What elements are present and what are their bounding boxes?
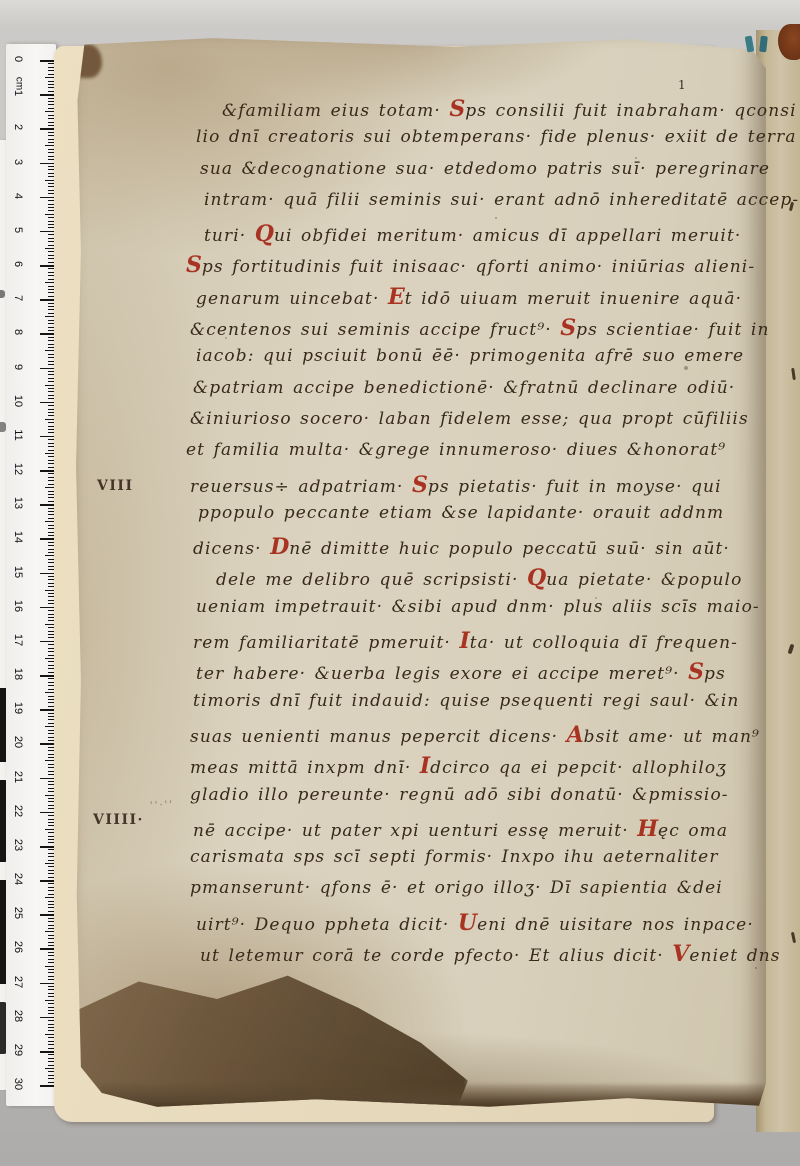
ruler-number: 0 xyxy=(12,49,24,69)
ink-text: timoris dnī fuit indauid: quise psequent… xyxy=(193,691,739,711)
ruler-tick xyxy=(40,675,54,677)
ruler-number: 9 xyxy=(12,357,24,377)
ruler-tick xyxy=(40,94,54,96)
ink-text: ps xyxy=(704,664,726,684)
margin-numeral-viiii: VIIII· xyxy=(93,812,144,828)
ruler-tick xyxy=(45,795,54,796)
ruler-tick xyxy=(40,504,54,506)
ruler-tick xyxy=(45,624,54,625)
ruler-tick xyxy=(40,1051,54,1053)
ruler-tick xyxy=(45,1068,54,1069)
ruler-number: 7 xyxy=(12,288,24,308)
ruler-tick xyxy=(45,555,54,556)
ruler-unit-label: cm xyxy=(14,74,25,94)
ink-text: intram· quā filii seminis sui· erant adn… xyxy=(204,190,799,210)
ruler-number: 6 xyxy=(12,254,24,274)
ink-text: eniet dns xyxy=(689,946,780,966)
ruler-tick xyxy=(45,863,54,864)
ruler-tick xyxy=(45,829,54,830)
rubric-initial: H xyxy=(637,816,658,842)
text-line-9: iacob: qui psciuit bonū ēē· primogenita … xyxy=(196,346,790,377)
ruler-number: 21 xyxy=(12,767,24,787)
rubric-initial: S xyxy=(688,659,704,685)
text-line-8: &centenos sui seminis accipe fruct⁹· Sps… xyxy=(190,315,790,346)
ruler-scale: 0123456789101112131415161718192021222324… xyxy=(6,44,56,1106)
ruler-tick xyxy=(40,299,54,301)
ruler-tick xyxy=(45,931,54,932)
ink-text: gladio illo pereunte· regnū adō sibi don… xyxy=(190,785,729,805)
rubric-initial: D xyxy=(270,534,289,560)
text-line-26: pmanserunt· qfons ē· et origo illoʒ· Dī … xyxy=(190,878,790,909)
ruler-tick xyxy=(40,163,54,165)
ink-text: turi· xyxy=(204,226,255,246)
rubric-initial: Q xyxy=(255,221,274,247)
ink-text: &iniurioso socero· laban fidelem esse; q… xyxy=(190,409,749,429)
ruler-tick xyxy=(40,607,54,609)
ruler-tick xyxy=(40,197,54,199)
text-line-15: dicens· Dnē dimitte huic populo peccatū … xyxy=(193,534,790,565)
ruler-tick xyxy=(45,1034,54,1035)
ruler-tick xyxy=(45,692,54,693)
ruler-number: 5 xyxy=(12,220,24,240)
ruler-tick xyxy=(40,743,54,745)
ruler-tick xyxy=(45,726,54,727)
text-line-11: &iniurioso socero· laban fidelem esse; q… xyxy=(190,409,790,440)
ruler-number: 11 xyxy=(12,425,24,445)
ruler-tick xyxy=(45,385,54,386)
text-line-21: suas uenienti manus pepercit dicens· Abs… xyxy=(190,722,790,753)
parchment-freckles xyxy=(74,36,78,40)
ruler-tick xyxy=(45,180,54,181)
ruler-tick xyxy=(40,880,54,882)
ink-text: ui obfidei meritum· amicus dī appellari … xyxy=(274,226,741,246)
ruler-number: 29 xyxy=(12,1040,24,1060)
ruler-tick xyxy=(40,573,54,575)
text-line-7: genarum uincebat· Et idō uiuam meruit in… xyxy=(196,284,790,315)
rubric-initial: S xyxy=(412,472,428,498)
ruler-number: 3 xyxy=(12,152,24,172)
ruler-tick xyxy=(40,436,54,438)
text-line-19: ter habere· &uerba legis exore ei accipe… xyxy=(196,659,790,690)
ink-text: dcirco qa ei pepcit· allophiloʒ xyxy=(430,758,727,778)
rubric-initial: E xyxy=(388,284,405,310)
ink-text: uirt⁹· Dequo ppheta dicit· xyxy=(196,915,458,935)
ruler-tick xyxy=(45,760,54,761)
ink-text: carismata sps scī septi formis· Inxpo ih… xyxy=(190,847,719,867)
ruler-number: 2 xyxy=(12,117,24,137)
ink-text: ter habere· &uerba legis exore ei accipe… xyxy=(196,664,688,684)
ink-text: dele me delibro quē scripsisti· xyxy=(216,570,527,590)
text-line-20: timoris dnī fuit indauid: quise psequent… xyxy=(193,691,790,722)
text-line-3: sua &decognatione sua· etdedomo patris s… xyxy=(200,159,790,190)
ruler-number: 13 xyxy=(12,493,24,513)
ruler-tick xyxy=(40,60,54,62)
ruler-tick xyxy=(45,658,54,659)
text-line-1: &familiam eius totam· Sps consilii fuit … xyxy=(222,96,790,127)
backdrop-top-strip xyxy=(0,0,800,26)
text-line-22: meas mittā inxpm dnī· Idcirco qa ei pepc… xyxy=(190,753,790,784)
text-block: &familiam eius totam· Sps consilii fuit … xyxy=(190,96,790,972)
ruler-tick xyxy=(45,453,54,454)
ink-text: ps scientiae· fuit in xyxy=(576,320,769,340)
ruler-tick xyxy=(45,419,54,420)
ruler-number: 26 xyxy=(12,937,24,957)
text-line-28: ut letemur corā te corde pfecto· Et aliu… xyxy=(200,941,790,972)
ruler-tick xyxy=(45,214,54,215)
facing-page-ink-fleck xyxy=(791,932,796,943)
text-line-16: dele me delibro quē scripsisti· Qua piet… xyxy=(216,565,790,596)
text-line-4: intram· quā filii seminis sui· erant adn… xyxy=(204,190,790,221)
ruler-tick xyxy=(40,709,54,711)
ruler-number: 25 xyxy=(12,903,24,923)
ruler-tick xyxy=(40,368,54,370)
text-line-13: reuersus÷ adpatriam· Sps pietatis· fuit … xyxy=(190,472,790,503)
ruler-tick xyxy=(40,333,54,335)
facing-page-ink-fleck xyxy=(791,368,796,380)
ruler-tick xyxy=(45,248,54,249)
ruler-number: 15 xyxy=(12,562,24,582)
ink-text: &familiam eius totam· xyxy=(222,101,449,121)
ink-text: nē dimitte huic populo peccatū suū· sin … xyxy=(289,539,730,559)
ink-text: lio dnī creatoris sui obtemperans· fide … xyxy=(196,127,797,147)
ruler-number: 30 xyxy=(12,1074,24,1094)
ruler-tick xyxy=(45,590,54,591)
ink-text: t idō uiuam meruit inuenire aquā· xyxy=(405,289,742,309)
ink-text: ps consilii fuit inabraham· qconsi xyxy=(465,101,796,121)
margin-numeral-viii: VIII xyxy=(97,478,134,494)
ruler-number: 19 xyxy=(12,698,24,718)
cropped-label-glyph xyxy=(0,290,5,298)
ink-text: ęc oma xyxy=(658,821,728,841)
ink-text: sua &decognatione sua· etdedomo patris s… xyxy=(200,159,770,179)
ruler-number: 18 xyxy=(12,664,24,684)
ruler-tick xyxy=(40,641,54,643)
ruler-tick xyxy=(40,231,54,233)
ruler-number: 17 xyxy=(12,630,24,650)
ink-text: eni dnē uisitare nos inpace· xyxy=(477,915,754,935)
text-line-18: rem familiaritatē pmeruit· Ita· ut collo… xyxy=(193,628,790,659)
ruler-tick xyxy=(40,1085,54,1087)
ruler-tick xyxy=(45,145,54,146)
ruler-tick xyxy=(45,521,54,522)
ink-text: ppopulo peccante etiam &se lapidante· or… xyxy=(198,503,724,523)
photo-backdrop: 0123456789101112131415161718192021222324… xyxy=(0,0,800,1166)
ruler-tick xyxy=(40,470,54,472)
text-line-25: carismata sps scī septi formis· Inxpo ih… xyxy=(190,847,790,878)
ruler-number: 12 xyxy=(12,459,24,479)
ink-text: rem familiaritatē pmeruit· xyxy=(193,633,459,653)
ruler-tick xyxy=(45,282,54,283)
rubric-initial: S xyxy=(186,252,202,278)
rubric-initial: S xyxy=(560,315,576,341)
ruler-number: 24 xyxy=(12,869,24,889)
ruler-tick xyxy=(45,966,54,967)
ink-text: ueniam impetrauit· &sibi apud dnm· plus … xyxy=(196,597,760,617)
ruler-tick xyxy=(45,316,54,317)
bookmark-tab xyxy=(745,36,755,53)
ruler-tick xyxy=(40,402,54,404)
ruler-number: 4 xyxy=(12,186,24,206)
ruler-tick xyxy=(40,983,54,985)
rubric-initial: I xyxy=(459,628,469,654)
ruler-tick xyxy=(40,914,54,916)
ink-text: &patriam accipe benedictionē· &fratnū de… xyxy=(193,378,735,398)
ruler-number: 23 xyxy=(12,835,24,855)
rubric-initial: S xyxy=(449,96,465,122)
ruler-number: 8 xyxy=(12,322,24,342)
ruler-tick xyxy=(40,265,54,267)
ink-text: pmanserunt· qfons ē· et origo illoʒ· Dī … xyxy=(190,878,723,898)
ruler-tick xyxy=(40,1017,54,1019)
ruler-tick xyxy=(45,1000,54,1001)
rubric-initial: A xyxy=(567,722,584,748)
ruler-tick xyxy=(40,812,54,814)
text-line-10: &patriam accipe benedictionē· &fratnū de… xyxy=(193,378,790,409)
ruler-tick xyxy=(40,778,54,780)
ruler-tick xyxy=(45,350,54,351)
ruler-number: 14 xyxy=(12,527,24,547)
ink-text: bsit ame· ut man⁹ xyxy=(584,727,760,747)
ruler-number: 22 xyxy=(12,801,24,821)
rubric-initial: U xyxy=(458,910,477,936)
ruler-number: 27 xyxy=(12,972,24,992)
ruler-number: 16 xyxy=(12,596,24,616)
text-line-5: turi· Qui obfidei meritum· amicus dī app… xyxy=(204,221,790,252)
ink-text: meas mittā inxpm dnī· xyxy=(190,758,420,778)
ruler-tick xyxy=(45,487,54,488)
text-line-24: nē accipe· ut pater xpi uenturi essę mer… xyxy=(193,816,790,847)
ruler-tick xyxy=(45,77,54,78)
ruler-tick xyxy=(40,948,54,950)
ink-text: suas uenienti manus pepercit dicens· xyxy=(190,727,567,747)
ink-text: ps fortitudinis fuit inisaac· qforti ani… xyxy=(202,257,755,277)
text-line-2: lio dnī creatoris sui obtemperans· fide … xyxy=(196,127,790,158)
ink-text: ta· ut colloquia dī frequen- xyxy=(470,633,738,653)
ruler-number: 28 xyxy=(12,1006,24,1026)
text-line-12: et familia multa· &grege innumeroso· diu… xyxy=(186,440,790,471)
ink-text: &centenos sui seminis accipe fruct⁹· xyxy=(190,320,560,340)
ruler-number: 20 xyxy=(12,732,24,752)
ruler-tick xyxy=(45,897,54,898)
ruler: 0123456789101112131415161718192021222324… xyxy=(6,44,56,1106)
text-line-27: uirt⁹· Dequo ppheta dicit· Ueni dnē uisi… xyxy=(196,910,790,941)
text-line-6: Sps fortitudinis fuit inisaac· qforti an… xyxy=(186,252,790,283)
ruler-number: 10 xyxy=(12,391,24,411)
ink-text: ua pietate· &populo xyxy=(546,570,742,590)
ruler-tick xyxy=(40,846,54,848)
rubric-initial: Q xyxy=(527,565,546,591)
ruler-tick xyxy=(40,538,54,540)
text-line-17: ueniam impetrauit· &sibi apud dnm· plus … xyxy=(196,597,790,628)
ink-text: reuersus÷ adpatriam· xyxy=(190,477,412,497)
interlinear-mark: 1 xyxy=(678,78,686,92)
ruler-tick xyxy=(45,111,54,112)
ink-text: iacob: qui psciuit bonū ēē· primogenita … xyxy=(196,346,744,366)
ink-text: genarum uincebat· xyxy=(196,289,388,309)
ruler-tick xyxy=(40,128,54,130)
ink-text: ut letemur corā te corde pfecto· Et aliu… xyxy=(200,946,672,966)
text-line-14: ppopulo peccante etiam &se lapidante· or… xyxy=(198,503,790,534)
ink-text: nē accipe· ut pater xpi uenturi essę mer… xyxy=(193,821,637,841)
rubric-initial: I xyxy=(420,753,430,779)
rubric-initial: V xyxy=(672,941,689,967)
ink-text: ps pietatis· fuit in moyse· qui xyxy=(428,477,722,497)
ink-text: dicens· xyxy=(193,539,270,559)
text-line-23: gladio illo pereunte· regnū adō sibi don… xyxy=(190,785,790,816)
ink-text: et familia multa· &grege innumeroso· diu… xyxy=(186,440,726,460)
pen-trials: ''·'' xyxy=(150,799,175,811)
